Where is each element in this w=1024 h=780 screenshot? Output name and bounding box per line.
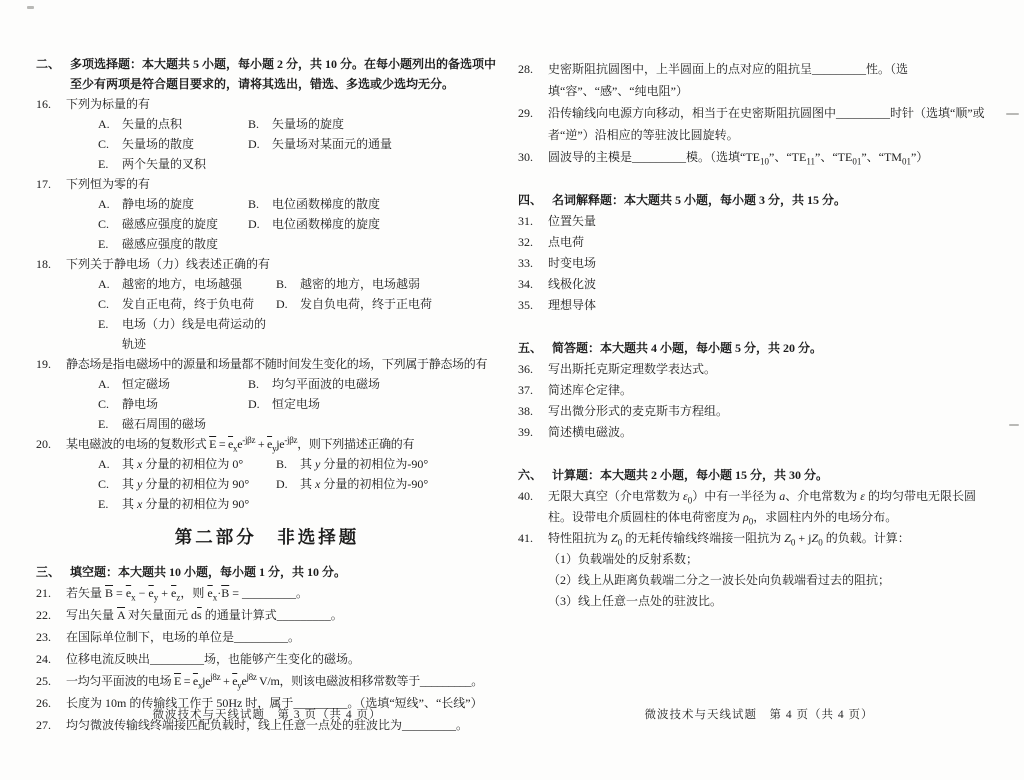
page-4-footer: 微波技术与天线试题 第 4 页（共 4 页）	[518, 706, 1000, 722]
option-label: B.	[276, 274, 300, 294]
option-text: 电位函数梯度的旋度	[272, 214, 498, 234]
question-text: 位置矢量	[548, 211, 1000, 232]
section-number: 二、	[36, 54, 70, 74]
option-20-d: D.其 x 分量的初相位为-90°	[276, 474, 498, 494]
question-35: 35.理想导体	[518, 295, 1000, 316]
option-label: D.	[248, 214, 272, 234]
short-answer-questions-36-39: 36.写出斯托克斯定理数学表达式。 37.简述库仑定律。 38.写出微分形式的麦…	[518, 359, 1000, 443]
question-number: 20.	[36, 434, 66, 454]
option-18-b: B.越密的地方，电场越弱	[276, 274, 498, 294]
question-17: 17. 下列恒为零的有 A.静电场的旋度 B.电位函数梯度的散度 C.磁感应强度…	[36, 174, 498, 254]
option-text: 越密的地方，电场越强	[122, 274, 276, 294]
option-label: C.	[98, 134, 122, 154]
section-number: 五、	[518, 338, 552, 359]
section-title: 名词解释题：本大题共 5 小题，每小题 3 分，共 15 分。	[552, 190, 1000, 211]
subitem-3: （3）线上任意一点处的驻波比。	[548, 591, 1000, 612]
option-16-a: A.矢量的点积	[98, 114, 248, 134]
question-20: 20. 某电磁波的电场的复数形式 E = exe-jβz + eyje-jβz，…	[36, 434, 498, 514]
question-text: 写出斯托克斯定理数学表达式。	[548, 359, 1000, 380]
question-text: 若矢量 B = ex − ey + ez，则 ex·B = _________。	[66, 582, 498, 604]
exam-page-4: 28.史密斯阻抗圆图中，上半圆面上的点对应的阻抗呈_________性。（选填“…	[518, 58, 1000, 612]
option-text: 其 y 分量的初相位为-90°	[300, 454, 498, 474]
question-text: 下列恒为零的有	[66, 174, 498, 194]
scan-artifact	[1009, 424, 1019, 426]
question-number: 18.	[36, 254, 66, 274]
question-36: 36.写出斯托克斯定理数学表达式。	[518, 359, 1000, 380]
question-29: 29.沿传输线向电源方向移动，相当于在史密斯阻抗圆图中_________时针（选…	[518, 102, 1000, 146]
option-16-d: D.矢量场对某面元的通量	[248, 134, 498, 154]
section-3-fill-in-header: 三、 填空题：本大题共 10 小题，每小题 1 分，共 10 分。	[36, 562, 498, 582]
option-label: D.	[276, 474, 300, 494]
question-22: 22.写出矢量 A 对矢量面元 ds 的通量计算式_________。	[36, 604, 498, 626]
subitem-1: （1）负载端处的反射系数；	[548, 549, 1000, 570]
question-number: 31.	[518, 211, 548, 232]
question-text: 一均匀平面波的电场 E = exjej8z + eyej8z V/m，则该电磁波…	[66, 670, 498, 692]
question-18: 18. 下列关于静电场（力）线表述正确的有 A.越密的地方，电场越强 B.越密的…	[36, 254, 498, 354]
option-label: A.	[98, 114, 122, 134]
options-16: A.矢量的点积 B.矢量场的旋度 C.矢量场的散度 D.矢量场对某面元的通量 E…	[98, 114, 498, 174]
section-title: 简答题：本大题共 4 小题，每小题 5 分，共 20 分。	[552, 338, 1000, 359]
option-text: 静电场	[122, 394, 248, 414]
option-16-c: C.矢量场的散度	[98, 134, 248, 154]
question-number: 33.	[518, 253, 548, 274]
section-5-short-answer-header: 五、 简答题：本大题共 4 小题，每小题 5 分，共 20 分。	[518, 338, 1000, 359]
question-38: 38.写出微分形式的麦克斯韦方程组。	[518, 401, 1000, 422]
option-text: 恒定电场	[272, 394, 498, 414]
question-text: 理想导体	[548, 295, 1000, 316]
section-number: 三、	[36, 562, 70, 582]
question-28: 28.史密斯阻抗圆图中，上半圆面上的点对应的阻抗呈_________性。（选填“…	[518, 58, 1000, 102]
question-number: 29.	[518, 102, 548, 124]
options-19: A.恒定磁场 B.均匀平面波的电磁场 C.静电场 D.恒定电场 E.磁石周围的磁…	[98, 374, 498, 434]
question-number: 39.	[518, 422, 548, 443]
option-18-c: C.发自正电荷，终于负电荷	[98, 294, 276, 314]
option-label: B.	[248, 194, 272, 214]
question-40: 40. 无限大真空（介电常数为 ε0）中有一半径为 a、介电常数为 ε 的均匀带…	[518, 486, 1000, 528]
scan-artifact	[27, 6, 34, 9]
question-number: 41.	[518, 528, 548, 549]
option-text: 矢量的点积	[122, 114, 248, 134]
question-41: 41. 特性阻抗为 Z0 的无耗传输线终端接一阻抗为 Z0 + jZ0 的负载。…	[518, 528, 1000, 612]
question-number: 19.	[36, 354, 66, 374]
question-16: 16. 下列为标量的有 A.矢量的点积 B.矢量场的旋度 C.矢量场的散度 D.…	[36, 94, 498, 174]
option-19-c: C.静电场	[98, 394, 248, 414]
scan-artifact	[1006, 113, 1019, 115]
options-20: A.其 x 分量的初相位为 0° B.其 y 分量的初相位为-90° C.其 y…	[98, 454, 498, 514]
section-title: 填空题：本大题共 10 小题，每小题 1 分，共 10 分。	[70, 562, 498, 582]
option-label: A.	[98, 374, 122, 394]
question-number: 16.	[36, 94, 66, 114]
option-19-e: E.磁石周围的磁场	[98, 414, 248, 434]
option-20-a: A.其 x 分量的初相位为 0°	[98, 454, 276, 474]
scanned-exam-sheet: 二、 多项选择题：本大题共 5 小题，每小题 2 分，共 10 分。在每小题列出…	[0, 0, 1024, 780]
question-number: 22.	[36, 604, 66, 626]
question-text: 简述库仑定律。	[548, 380, 1000, 401]
option-text: 越密的地方，电场越弱	[300, 274, 498, 294]
option-label: A.	[98, 454, 122, 474]
question-text: 时变电场	[548, 253, 1000, 274]
question-39: 39.简述横电磁波。	[518, 422, 1000, 443]
question-text: 沿传输线向电源方向移动，相当于在史密斯阻抗圆图中_________时针（选填“顺…	[548, 102, 1000, 146]
section-number: 六、	[518, 465, 552, 486]
option-17-a: A.静电场的旋度	[98, 194, 248, 214]
question-number: 24.	[36, 648, 66, 670]
option-label: C.	[98, 294, 122, 314]
question-text: 线极化波	[548, 274, 1000, 295]
option-label: B.	[248, 114, 272, 134]
question-number: 34.	[518, 274, 548, 295]
fill-in-questions-28-30: 28.史密斯阻抗圆图中，上半圆面上的点对应的阻抗呈_________性。（选填“…	[518, 58, 1000, 168]
question-text: 特性阻抗为 Z0 的无耗传输线终端接一阻抗为 Z0 + jZ0 的负载。计算：	[548, 528, 1000, 549]
section-2-multiple-choice-header: 二、 多项选择题：本大题共 5 小题，每小题 2 分，共 10 分。在每小题列出…	[36, 54, 498, 94]
option-17-e: E.磁感应强度的散度	[98, 234, 248, 254]
option-text: 磁石周围的磁场	[122, 414, 248, 434]
question-text: 在国际单位制下，电场的单位是_________。	[66, 626, 498, 648]
option-16-e: E.两个矢量的叉积	[98, 154, 248, 174]
option-19-b: B.均匀平面波的电磁场	[248, 374, 498, 394]
spacer	[518, 443, 1000, 465]
option-18-a: A.越密的地方，电场越强	[98, 274, 276, 294]
question-number: 38.	[518, 401, 548, 422]
option-20-b: B.其 y 分量的初相位为-90°	[276, 454, 498, 474]
question-number: 23.	[36, 626, 66, 648]
option-text: 电位函数梯度的散度	[272, 194, 498, 214]
page-3-footer: 微波技术与天线试题 第 3 页（共 4 页）	[36, 706, 498, 722]
question-33: 33.时变电场	[518, 253, 1000, 274]
option-text: 均匀平面波的电磁场	[272, 374, 498, 394]
option-text: 磁感应强度的旋度	[122, 214, 248, 234]
option-text: 矢量场的散度	[122, 134, 248, 154]
section-title: 多项选择题：本大题共 5 小题，每小题 2 分，共 10 分。在每小题列出的备选…	[70, 54, 498, 94]
question-text: 位移电流反映出_________场，也能够产生变化的磁场。	[66, 648, 498, 670]
option-17-b: B.电位函数梯度的散度	[248, 194, 498, 214]
question-number: 35.	[518, 295, 548, 316]
section-number: 四、	[518, 190, 552, 211]
options-18: A.越密的地方，电场越强 B.越密的地方，电场越弱 C.发自正电荷，终于负电荷 …	[98, 274, 498, 354]
option-text: 其 x 分量的初相位为-90°	[300, 474, 498, 494]
question-25: 25.一均匀平面波的电场 E = exjej8z + eyej8z V/m，则该…	[36, 670, 498, 692]
question-31: 31.位置矢量	[518, 211, 1000, 232]
option-label: C.	[98, 394, 122, 414]
option-text: 电场（力）线是电荷运动的轨迹	[122, 314, 276, 354]
option-text: 发自正电荷，终于负电荷	[122, 294, 276, 314]
question-text: 下列关于静电场（力）线表述正确的有	[66, 254, 498, 274]
question-23: 23.在国际单位制下，电场的单位是_________。	[36, 626, 498, 648]
option-label: C.	[98, 474, 122, 494]
option-label: A.	[98, 194, 122, 214]
option-text: 矢量场的旋度	[272, 114, 498, 134]
option-text: 其 x 分量的初相位为 0°	[122, 454, 276, 474]
option-text: 发自负电荷，终于正电荷	[300, 294, 498, 314]
question-number: 21.	[36, 582, 66, 604]
question-number: 36.	[518, 359, 548, 380]
subitem-2: （2）线上从距离负载端二分之一波长处向负载端看过去的阻抗；	[548, 570, 1000, 591]
question-text: 某电磁波的电场的复数形式 E = exe-jβz + eyje-jβz，则下列描…	[66, 434, 498, 454]
question-text: 史密斯阻抗圆图中，上半圆面上的点对应的阻抗呈_________性。（选填“容”、…	[548, 58, 1000, 102]
option-text: 其 x 分量的初相位为 90°	[122, 494, 276, 514]
definition-questions-31-35: 31.位置矢量 32.点电荷 33.时变电场 34.线极化波 35.理想导体	[518, 211, 1000, 316]
options-17: A.静电场的旋度 B.电位函数梯度的散度 C.磁感应强度的旋度 D.电位函数梯度…	[98, 194, 498, 254]
question-text: 简述横电磁波。	[548, 422, 1000, 443]
question-text: 无限大真空（介电常数为 ε0）中有一半径为 a、介电常数为 ε 的均匀带电无限长…	[548, 486, 1000, 528]
question-number: 28.	[518, 58, 548, 80]
option-17-d: D.电位函数梯度的旋度	[248, 214, 498, 234]
question-text: 下列为标量的有	[66, 94, 498, 114]
option-18-d: D.发自负电荷，终于正电荷	[276, 294, 498, 314]
spacer	[518, 316, 1000, 338]
option-label: E.	[98, 234, 122, 254]
question-number: 40.	[518, 486, 548, 507]
option-19-a: A.恒定磁场	[98, 374, 248, 394]
question-number: 25.	[36, 670, 66, 692]
option-label: D.	[248, 134, 272, 154]
question-number: 37.	[518, 380, 548, 401]
option-text: 恒定磁场	[122, 374, 248, 394]
question-number: 32.	[518, 232, 548, 253]
option-label: E.	[98, 154, 122, 174]
part-2-heading: 第二部分 非选择题	[36, 524, 498, 550]
option-16-b: B.矢量场的旋度	[248, 114, 498, 134]
option-text: 两个矢量的叉积	[122, 154, 248, 174]
option-label: B.	[276, 454, 300, 474]
option-19-d: D.恒定电场	[248, 394, 498, 414]
option-label: E.	[98, 314, 122, 334]
option-20-c: C.其 y 分量的初相位为 90°	[98, 474, 276, 494]
option-label: E.	[98, 494, 122, 514]
spacer	[518, 168, 1000, 190]
option-text: 静电场的旋度	[122, 194, 248, 214]
question-41-subitems: （1）负载端处的反射系数； （2）线上从距离负载端二分之一波长处向负载端看过去的…	[548, 549, 1000, 612]
option-text: 磁感应强度的散度	[122, 234, 248, 254]
option-text: 其 y 分量的初相位为 90°	[122, 474, 276, 494]
section-6-calculation-header: 六、 计算题：本大题共 2 小题，每小题 15 分，共 30 分。	[518, 465, 1000, 486]
option-18-e: E.电场（力）线是电荷运动的轨迹	[98, 314, 276, 354]
question-37: 37.简述库仑定律。	[518, 380, 1000, 401]
option-label: B.	[248, 374, 272, 394]
question-24: 24.位移电流反映出_________场，也能够产生变化的磁场。	[36, 648, 498, 670]
question-number: 30.	[518, 146, 548, 168]
option-text: 矢量场对某面元的通量	[272, 134, 498, 154]
question-21: 21.若矢量 B = ex − ey + ez，则 ex·B = _______…	[36, 582, 498, 604]
question-text: 写出微分形式的麦克斯韦方程组。	[548, 401, 1000, 422]
option-label: A.	[98, 274, 122, 294]
question-34: 34.线极化波	[518, 274, 1000, 295]
option-label: D.	[248, 394, 272, 414]
question-30: 30.圆波导的主模是_________模。（选填“TE10”、“TE11”、“T…	[518, 146, 1000, 168]
question-text: 写出矢量 A 对矢量面元 ds 的通量计算式_________。	[66, 604, 498, 626]
section-title: 计算题：本大题共 2 小题，每小题 15 分，共 30 分。	[552, 465, 1000, 486]
option-label: E.	[98, 414, 122, 434]
section-4-definitions-header: 四、 名词解释题：本大题共 5 小题，每小题 3 分，共 15 分。	[518, 190, 1000, 211]
option-label: D.	[276, 294, 300, 314]
question-text: 静态场是指电磁场中的源量和场量都不随时间发生变化的场，下列属于静态场的有	[66, 354, 498, 374]
question-32: 32.点电荷	[518, 232, 1000, 253]
exam-page-3: 二、 多项选择题：本大题共 5 小题，每小题 2 分，共 10 分。在每小题列出…	[36, 54, 498, 736]
option-17-c: C.磁感应强度的旋度	[98, 214, 248, 234]
question-number: 17.	[36, 174, 66, 194]
question-19: 19. 静态场是指电磁场中的源量和场量都不随时间发生变化的场，下列属于静态场的有…	[36, 354, 498, 434]
option-20-e: E.其 x 分量的初相位为 90°	[98, 494, 276, 514]
option-label: C.	[98, 214, 122, 234]
question-text: 圆波导的主模是_________模。（选填“TE10”、“TE11”、“TE01…	[548, 146, 1000, 168]
question-text: 点电荷	[548, 232, 1000, 253]
